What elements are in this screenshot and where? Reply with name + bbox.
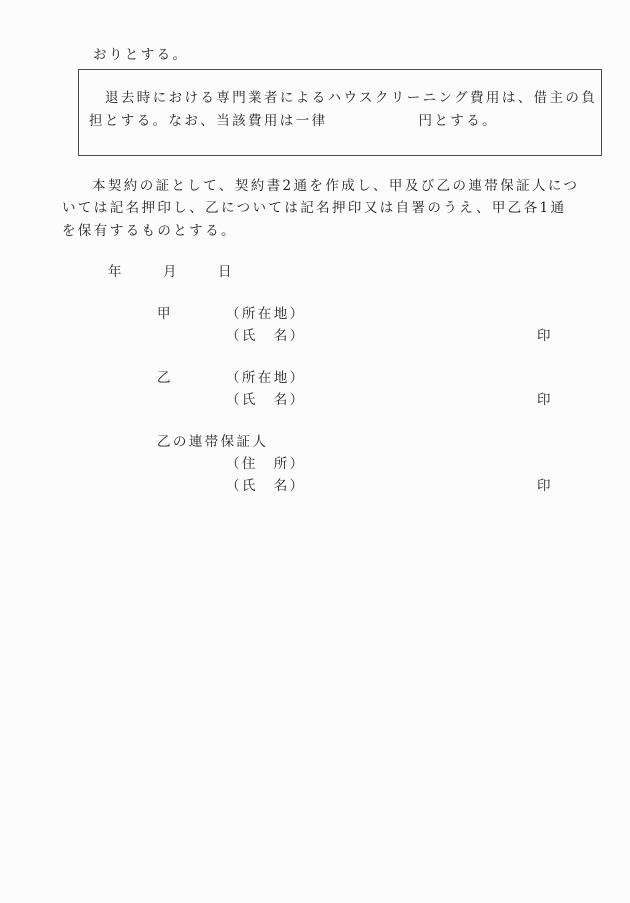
clause-box-line-1: 退去時における専門業者によるハウスクリーニング費用は、借主の負 bbox=[89, 92, 597, 106]
guarantor-seal-mark: 印 bbox=[537, 480, 553, 494]
date-day-label: 日 bbox=[218, 266, 234, 280]
contract-document-page: おりとする。 退去時における専門業者によるハウスクリーニング費用は、借主の負 担… bbox=[0, 0, 630, 903]
clause-box-line-2-text-before: 担とする。なお、当該費用は一律 bbox=[89, 113, 328, 129]
closing-paragraph-line-2: いては記名押印し、乙については記名押印又は自署のうえ、甲乙各1通 bbox=[62, 202, 566, 216]
party-b-label: 乙 bbox=[157, 372, 173, 386]
clause-box-line-2: 担とする。なお、当該費用は一律円とする。 bbox=[89, 114, 498, 129]
special-clause-box: 退去時における専門業者によるハウスクリーニング費用は、借主の負 担とする。なお、… bbox=[78, 69, 602, 156]
guarantor-label: 乙の連帯保証人 bbox=[157, 436, 268, 450]
party-b-seal-mark: 印 bbox=[537, 394, 553, 408]
party-b-name-label: （氏 名） bbox=[226, 394, 306, 408]
cleaning-fee-amount-blank-field[interactable] bbox=[328, 114, 419, 125]
guarantor-address-label: （住 所） bbox=[226, 458, 306, 472]
party-a-label: 甲 bbox=[157, 308, 173, 322]
party-b-address-label: （所在地） bbox=[226, 372, 306, 386]
closing-paragraph-line-1: 本契約の証として、契約書2通を作成し、甲及び乙の連帯保証人につ bbox=[62, 180, 579, 194]
party-a-address-label: （所在地） bbox=[226, 308, 306, 322]
party-a-seal-mark: 印 bbox=[537, 330, 553, 344]
guarantor-name-label: （氏 名） bbox=[226, 480, 306, 494]
date-month-label: 月 bbox=[163, 266, 179, 280]
clause-box-line-2-text-after: 円とする。 bbox=[419, 113, 499, 129]
closing-paragraph-line-3: を保有するものとする。 bbox=[62, 225, 237, 239]
party-a-name-label: （氏 名） bbox=[226, 330, 306, 344]
intro-continuation-line: おりとする。 bbox=[93, 49, 188, 63]
date-year-label: 年 bbox=[108, 266, 124, 280]
